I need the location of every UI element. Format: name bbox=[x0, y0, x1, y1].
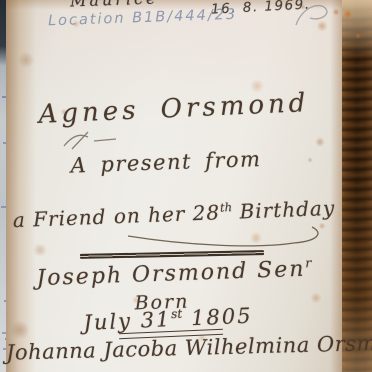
birthday-ordinal: th bbox=[220, 200, 233, 214]
book-fore-edge bbox=[338, 0, 372, 372]
father-ordinal: r bbox=[305, 256, 312, 271]
father-name: Joseph Orsmond Sen bbox=[36, 257, 306, 291]
flourish-swash bbox=[66, 224, 326, 252]
pencil-squiggle bbox=[292, 1, 336, 31]
old-book-flyleaf-photo: Maurice 16. 8. 1969. Location B1B/444/23… bbox=[0, 0, 372, 372]
owner-name-inscription: Agnes Orsmond bbox=[6, 87, 343, 132]
birthdate-year: 1805 bbox=[182, 304, 253, 331]
flyleaf-page: Maurice 16. 8. 1969. Location B1B/444/23… bbox=[6, 0, 342, 372]
birthday-word: Birthday bbox=[232, 196, 336, 224]
present-from-line: A present from bbox=[0, 144, 334, 180]
ink-smudge-mark bbox=[56, 128, 120, 152]
